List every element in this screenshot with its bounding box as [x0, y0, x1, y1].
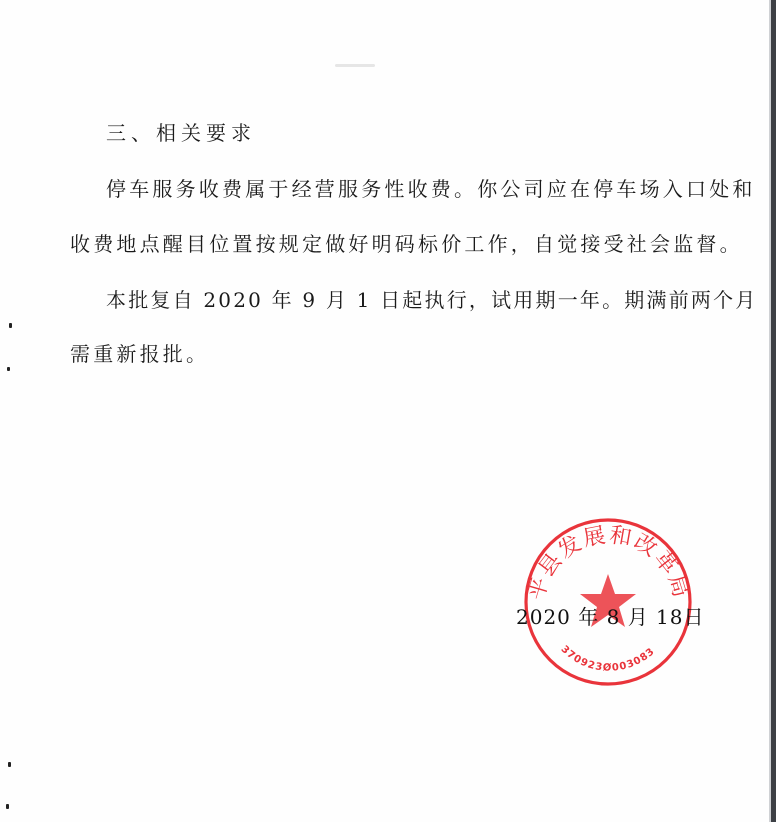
- paragraph-1-line-2: 收费地点醒目位置按规定做好明码标价工作，自觉接受社会监督。: [70, 232, 743, 256]
- paragraph-2-line-2: 需重新报批。: [70, 342, 209, 366]
- signature-date: 2020 年 8 月 18日: [516, 605, 705, 629]
- official-seal: 平县发展和改革局 370923Ø003083: [522, 516, 694, 688]
- paragraph-1-line-1: 停车服务收费属于经营服务性收费。你公司应在停车场入口处和: [106, 177, 756, 201]
- paragraph-2-line-1: 本批复自 2020 年 9 月 1 日起执行，试用期一年。期满前两个月: [106, 288, 758, 312]
- section-heading: 三、相关要求: [106, 121, 256, 145]
- scan-artifact: [6, 804, 9, 809]
- document-page: 三、相关要求 停车服务收费属于经营服务性收费。你公司应在停车场入口处和 收费地点…: [0, 0, 776, 822]
- seal-code: 370923Ø003083: [559, 644, 658, 674]
- page-edge-bar: [771, 0, 776, 822]
- scan-smudge: [335, 64, 375, 67]
- scan-artifact: [8, 762, 11, 767]
- scan-artifact: [9, 323, 12, 328]
- scan-artifact: [7, 367, 10, 371]
